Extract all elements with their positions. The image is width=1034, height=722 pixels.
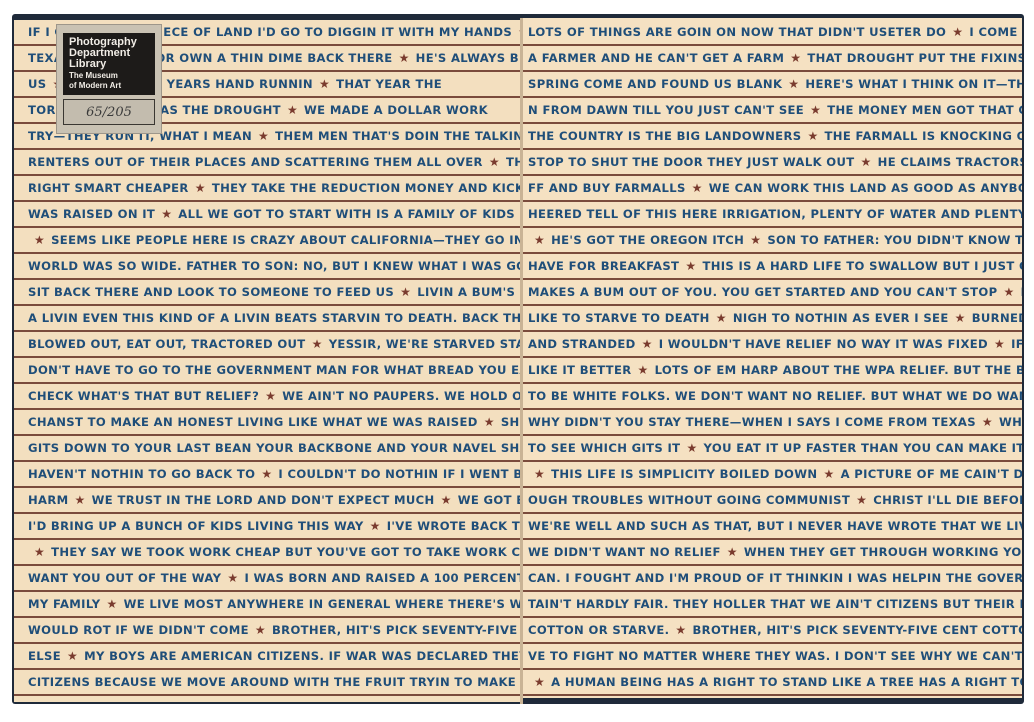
quote-text: SON TO FATHER: YOU DIDN'T KNOW THE: [767, 233, 1022, 247]
star-icon: ★: [441, 493, 452, 507]
quote-text: WE LIVE MOST ANYWHERE IN GENERAL WHERE T…: [124, 597, 522, 611]
quote-text: BURNED OUT,: [972, 311, 1022, 325]
text-strip: TO SEE WHICH GITS IT★YOU EAT IT UP FASTE…: [522, 436, 1022, 462]
quote-text: WE AIN'T NO PAUPERS. WE HOLD OURSELV: [282, 389, 522, 403]
star-icon: ★: [400, 285, 411, 299]
text-strip: WANT YOU OUT OF THE WAY★I WAS BORN AND R…: [14, 566, 522, 592]
quote-text: GITS DOWN TO YOUR LAST BEAN YOUR BACKBON…: [28, 441, 522, 455]
quote-text: A PICTURE OF ME CAIN'T DO NO: [841, 467, 1022, 481]
text-strip: ELSE★MY BOYS ARE AMERICAN CITIZENS. IF W…: [14, 644, 522, 670]
star-icon: ★: [370, 519, 381, 533]
quote-text: THE MONEY MEN GOT THAT COUN-: [827, 103, 1022, 117]
label-line: of Modern Art: [69, 81, 149, 90]
quote-text: HE'S GOT THE OREGON ITCH: [551, 233, 744, 247]
quote-text: ALL WE GOT TO START WITH IS A FAMILY OF …: [178, 207, 515, 221]
quote-text: HAVEN'T NOTHIN TO GO BACK TO: [28, 467, 255, 481]
quote-text: LIKE IT BETTER: [528, 363, 632, 377]
star-icon: ★: [319, 77, 330, 91]
quote-text: BROTHER, HIT'S PICK SEVENTY-FIVE CENT CO…: [692, 623, 1022, 637]
quote-text: HEERED TELL OF THIS HERE IRRIGATION, PLE…: [528, 207, 1022, 221]
quote-text: THIS LIFE IS SIMPLICITY BOILED DOWN: [551, 467, 817, 481]
star-icon: ★: [686, 441, 697, 455]
quote-text: I COME FROM: [969, 25, 1022, 39]
quote-text: FF AND BUY FARMALLS: [528, 181, 686, 195]
text-strip: I'D BRING UP A BUNCH OF KIDS LIVING THIS…: [14, 514, 522, 540]
star-icon: ★: [790, 51, 801, 65]
quote-text: MAKES A BUM OUT OF YOU. YOU GET STARTED …: [528, 285, 997, 299]
star-icon: ★: [982, 415, 993, 429]
quote-text: HARM: [28, 493, 69, 507]
star-icon: ★: [692, 181, 703, 195]
star-icon: ★: [67, 649, 78, 663]
quote-text: HAVE FOR BREAKFAST: [528, 259, 679, 273]
star-icon: ★: [227, 571, 238, 585]
text-strip: DON'T HAVE TO GO TO THE GOVERNMENT MAN F…: [14, 358, 522, 384]
quote-text: US: [28, 77, 46, 91]
quote-text: CHANST TO MAKE AN HONEST LIVING LIKE WHA…: [28, 415, 478, 429]
star-icon: ★: [258, 129, 269, 143]
quote-text: TO BE WHITE FOLKS. WE DON'T WANT NO RELI…: [528, 389, 1022, 403]
text-strip: FF AND BUY FARMALLS★WE CAN WORK THIS LAN…: [522, 176, 1022, 202]
quote-text: WE'RE WELL AND SUCH AS THAT, BUT I NEVER…: [528, 519, 1022, 533]
star-icon: ★: [952, 25, 963, 39]
text-strip: N FROM DAWN TILL YOU JUST CAN'T SEE★THE …: [522, 98, 1022, 124]
quote-text: WE DIDN'T WANT NO RELIEF: [528, 545, 721, 559]
quote-text: BROTHER, HIT'S PICK SEVENTY-FIVE CENT: [272, 623, 522, 637]
label-line: Library: [69, 59, 149, 70]
quote-text: HERE'S WHAT I THINK ON IT—THE TRAC-: [805, 77, 1022, 91]
quote-text: I'VE WROTE BACK THAT W: [387, 519, 522, 533]
quote-text: I WAS BORN AND RAISED A 100 PERCENT AMER…: [244, 571, 522, 585]
text-strip: HEERED TELL OF THIS HERE IRRIGATION, PLE…: [522, 202, 1022, 228]
text-strip: OUGH TROUBLES WITHOUT GOING COMMUNIST★CH…: [522, 488, 1022, 514]
right-panel: LOTS OF THINGS ARE GOIN ON NOW THAT DIDN…: [522, 18, 1022, 698]
quote-text: NIGH TO NOTHIN AS EVER I SEE: [733, 311, 949, 325]
quote-text: WE CAN WORK THIS LAND AS GOOD AS ANYBODY…: [709, 181, 1022, 195]
quote-text: HE CLAIMS TRACTORS IS: [878, 155, 1022, 169]
quote-text: WAS RAISED ON IT: [28, 207, 155, 221]
quote-text: WE TRUST IN THE LORD AND DON'T EXPECT MU…: [92, 493, 435, 507]
star-icon: ★: [34, 545, 45, 559]
star-icon: ★: [823, 467, 834, 481]
quote-text: THAT DROUGHT PUT THE FIXINS TO: [807, 51, 1022, 65]
text-strip: HARM★WE TRUST IN THE LORD AND DON'T EXPE…: [14, 488, 522, 514]
text-strip: WE DIDN'T WANT NO RELIEF★WHEN THEY GET T…: [522, 540, 1022, 566]
quote-text: IF YOU: [1011, 337, 1022, 351]
quote-text: WANT YOU OUT OF THE WAY: [28, 571, 221, 585]
quote-text: DON'T HAVE TO GO TO THE GOVERNMENT MAN F…: [28, 363, 522, 377]
star-icon: ★: [716, 311, 727, 325]
quote-text: THAT YEAR THE: [336, 77, 442, 91]
label-line: The Museum: [69, 71, 149, 80]
quote-text: A FARMER AND HE CAN'T GET A FARM: [528, 51, 784, 65]
quote-text: WORLD WAS SO WIDE. FATHER TO SON: NO, BU…: [28, 259, 522, 273]
quote-text: STOP TO SHUT THE DOOR THEY JUST WALK OUT: [528, 155, 855, 169]
text-strip: AND STRANDED★I WOULDN'T HAVE RELIEF NO W…: [522, 332, 1022, 358]
star-icon: ★: [685, 259, 696, 273]
text-strip: THE COUNTRY IS THE BIG LANDOWNERS★THE FA…: [522, 124, 1022, 150]
text-strip: A FARMER AND HE CAN'T GET A FARM★THAT DR…: [522, 46, 1022, 72]
quote-text: WE MADE A DOLLAR WORK: [304, 103, 488, 117]
star-icon: ★: [195, 181, 206, 195]
star-icon: ★: [534, 675, 545, 689]
star-icon: ★: [287, 103, 298, 117]
star-icon: ★: [810, 103, 821, 117]
text-strip: CHECK WHAT'S THAT BUT RELIEF?★WE AIN'T N…: [14, 384, 522, 410]
text-strip: ★THEY SAY WE TOOK WORK CHEAP BUT YOU'VE …: [14, 540, 522, 566]
quote-text: SHE SAYS: [501, 415, 522, 429]
quote-text: TAIN'T HARDLY FAIR. THEY HOLLER THAT WE …: [528, 597, 1022, 611]
quote-text: COTTON OR STARVE.: [528, 623, 669, 637]
quote-text: SIT BACK THERE AND LOOK TO SOMEONE TO FE…: [28, 285, 394, 299]
quote-text: CITIZENS BECAUSE WE MOVE AROUND WITH THE…: [28, 675, 522, 689]
text-strip: A LIVIN EVEN THIS KIND OF A LIVIN BEATS …: [14, 306, 522, 332]
star-icon: ★: [807, 129, 818, 143]
quote-text: THE FARMALL IS KNOCKING OUR: [825, 129, 1022, 143]
quote-text: N FROM DAWN TILL YOU JUST CAN'T SEE: [528, 103, 804, 117]
star-icon: ★: [727, 545, 738, 559]
quote-text: RENTERS OUT OF THEIR PLACES AND SCATTERI…: [28, 155, 483, 169]
text-strip: ★SEEMS LIKE PEOPLE HERE IS CRAZY ABOUT C…: [14, 228, 522, 254]
star-icon: ★: [489, 155, 500, 169]
quote-text: CAN. I FOUGHT AND I'M PROUD OF IT THINKI…: [528, 571, 1022, 585]
quote-text: MAKIN: [1021, 285, 1022, 299]
library-label-plate: Photography Department Library The Museu…: [63, 33, 155, 95]
text-strip: SPRING COME AND FOUND US BLANK★HERE'S WH…: [522, 72, 1022, 98]
quote-text: CHRIST I'LL DIE BEFORE I'LL SAY: [873, 493, 1022, 507]
quote-text: SEEMS LIKE PEOPLE HERE IS CRAZY ABOUT CA…: [51, 233, 522, 247]
quote-text: LIVIN A BUM'S LIFE SOO: [417, 285, 522, 299]
quote-text: BLOWED OUT, EAT OUT, TRACTORED OUT: [28, 337, 306, 351]
text-strip: CHANST TO MAKE AN HONEST LIVING LIKE WHA…: [14, 410, 522, 436]
quote-text: I'D BRING UP A BUNCH OF KIDS LIVING THIS…: [28, 519, 364, 533]
quote-text: MY FAMILY: [28, 597, 101, 611]
star-icon: ★: [484, 415, 495, 429]
text-strip: WAS RAISED ON IT★ALL WE GOT TO START WIT…: [14, 202, 522, 228]
call-number: 65/205: [63, 99, 155, 125]
quote-text: HE'S ALWAYS BEE: [416, 51, 522, 65]
star-icon: ★: [34, 233, 45, 247]
star-icon: ★: [261, 467, 272, 481]
star-icon: ★: [534, 233, 545, 247]
quote-text: LOTS OF EM HARP ABOUT THE WPA RELIEF. BU…: [655, 363, 1022, 377]
quote-text: AND STRANDED: [528, 337, 636, 351]
quote-text: THEM MEN THAT'S DOIN THE TALKIN FO: [275, 129, 522, 143]
quote-text: THEY TAKE THE REDUCTION MONEY AND KICK U…: [212, 181, 522, 195]
quote-text: YOU EAT IT UP FASTER THAN YOU CAN MAKE I…: [704, 441, 1022, 455]
quote-text: I COULDN'T DO NOTHIN IF I WENT BACK: [278, 467, 522, 481]
star-icon: ★: [955, 311, 966, 325]
star-icon: ★: [312, 337, 323, 351]
text-strip: HAVEN'T NOTHIN TO GO BACK TO★I COULDN'T …: [14, 462, 522, 488]
text-strip: WOULD ROT IF WE DIDN'T COME★BROTHER, HIT…: [14, 618, 522, 644]
quote-text: LIKE TO STARVE TO DEATH: [528, 311, 710, 325]
text-strip: WE'RE WELL AND SUCH AS THAT, BUT I NEVER…: [522, 514, 1022, 540]
star-icon: ★: [534, 467, 545, 481]
quote-text: LOTS OF THINGS ARE GOIN ON NOW THAT DIDN…: [528, 25, 946, 39]
text-strip: MY FAMILY★WE LIVE MOST ANYWHERE IN GENER…: [14, 592, 522, 618]
quote-text: YESSIR, WE'RE STARVED STALLED A: [329, 337, 522, 351]
quote-text: SPRING COME AND FOUND US BLANK: [528, 77, 782, 91]
quote-text: TO SEE WHICH GITS IT: [528, 441, 680, 455]
quote-text: CHECK WHAT'S THAT BUT RELIEF?: [28, 389, 259, 403]
text-strip: STOP TO SHUT THE DOOR THEY JUST WALK OUT…: [522, 150, 1022, 176]
text-strip: COTTON OR STARVE.★BROTHER, HIT'S PICK SE…: [522, 618, 1022, 644]
quote-text: WHEN THEY GET THROUGH WORKING YOU THEY: [744, 545, 1022, 559]
text-strip: WORLD WAS SO WIDE. FATHER TO SON: NO, BU…: [14, 254, 522, 280]
quote-text: MY BOYS ARE AMERICAN CITIZENS. IF WAR WA…: [84, 649, 522, 663]
text-strip: TO BE WHITE FOLKS. WE DON'T WANT NO RELI…: [522, 384, 1022, 410]
text-strip: BLOWED OUT, EAT OUT, TRACTORED OUT★YESSI…: [14, 332, 522, 358]
star-icon: ★: [107, 597, 118, 611]
quote-text: THEY SAY WE TOOK WORK CHEAP BUT YOU'VE G…: [51, 545, 522, 559]
star-icon: ★: [861, 155, 872, 169]
text-strip: MAKES A BUM OUT OF YOU. YOU GET STARTED …: [522, 280, 1022, 306]
text-strip: SIT BACK THERE AND LOOK TO SOMEONE TO FE…: [14, 280, 522, 306]
star-icon: ★: [994, 337, 1005, 351]
star-icon: ★: [1003, 285, 1014, 299]
star-icon: ★: [788, 77, 799, 91]
spine-fold: [520, 18, 523, 704]
quote-text: OUGH TROUBLES WITHOUT GOING COMMUNIST: [528, 493, 850, 507]
quote-text: THIS IS A HARD LIFE TO SWALLOW BUT I JUS…: [702, 259, 1022, 273]
star-icon: ★: [265, 389, 276, 403]
star-icon: ★: [255, 623, 266, 637]
star-icon: ★: [675, 623, 686, 637]
text-strip: WHY DIDN'T YOU STAY THERE—WHEN I SAYS I …: [522, 410, 1022, 436]
quote-text: THE COUNTRY IS THE BIG LANDOWNERS: [528, 129, 801, 143]
library-label: Photography Department Library The Museu…: [56, 24, 162, 134]
quote-text: VE TO FIGHT NO MATTER WHERE THEY WAS. I …: [528, 649, 1022, 663]
star-icon: ★: [399, 51, 410, 65]
text-strip: CITIZENS BECAUSE WE MOVE AROUND WITH THE…: [14, 670, 522, 696]
star-icon: ★: [750, 233, 761, 247]
quote-text: WHY DIDN'T YOU STAY THERE—WHEN I SAYS I …: [528, 415, 976, 429]
text-strip: LIKE IT BETTER★LOTS OF EM HARP ABOUT THE…: [522, 358, 1022, 384]
star-icon: ★: [638, 363, 649, 377]
text-strip: CAN. I FOUGHT AND I'M PROUD OF IT THINKI…: [522, 566, 1022, 592]
text-strip: ★A HUMAN BEING HAS A RIGHT TO STAND LIKE…: [522, 670, 1022, 696]
star-icon: ★: [75, 493, 86, 507]
text-strip: ★THIS LIFE IS SIMPLICITY BOILED DOWN★A P…: [522, 462, 1022, 488]
star-icon: ★: [161, 207, 172, 221]
text-strip: LIKE TO STARVE TO DEATH★NIGH TO NOTHIN A…: [522, 306, 1022, 332]
quote-text: I WOULDN'T HAVE RELIEF NO WAY IT WAS FIX…: [659, 337, 988, 351]
quote-text: A HUMAN BEING HAS A RIGHT TO STAND LIKE …: [551, 675, 1022, 689]
text-strip: ★HE'S GOT THE OREGON ITCH★SON TO FATHER:…: [522, 228, 1022, 254]
quote-text: WE GOT ENO: [458, 493, 522, 507]
star-icon: ★: [642, 337, 653, 351]
text-strip: HAVE FOR BREAKFAST★THIS IS A HARD LIFE T…: [522, 254, 1022, 280]
quote-text: WOULD ROT IF WE DIDN'T COME: [28, 623, 249, 637]
star-icon: ★: [856, 493, 867, 507]
text-strip: RIGHT SMART CHEAPER★THEY TAKE THE REDUCT…: [14, 176, 522, 202]
text-strip: GITS DOWN TO YOUR LAST BEAN YOUR BACKBON…: [14, 436, 522, 462]
quote-text: A LIVIN EVEN THIS KIND OF A LIVIN BEATS …: [28, 311, 522, 325]
text-strip: VE TO FIGHT NO MATTER WHERE THEY WAS. I …: [522, 644, 1022, 670]
text-strip: TAIN'T HARDLY FAIR. THEY HOLLER THAT WE …: [522, 592, 1022, 618]
quote-text: ELSE: [28, 649, 61, 663]
text-strip: RENTERS OUT OF THEIR PLACES AND SCATTERI…: [14, 150, 522, 176]
quote-text: RIGHT SMART CHEAPER: [28, 181, 189, 195]
quote-text: WHEN YOU: [999, 415, 1022, 429]
text-strip: LOTS OF THINGS ARE GOIN ON NOW THAT DIDN…: [522, 20, 1022, 46]
